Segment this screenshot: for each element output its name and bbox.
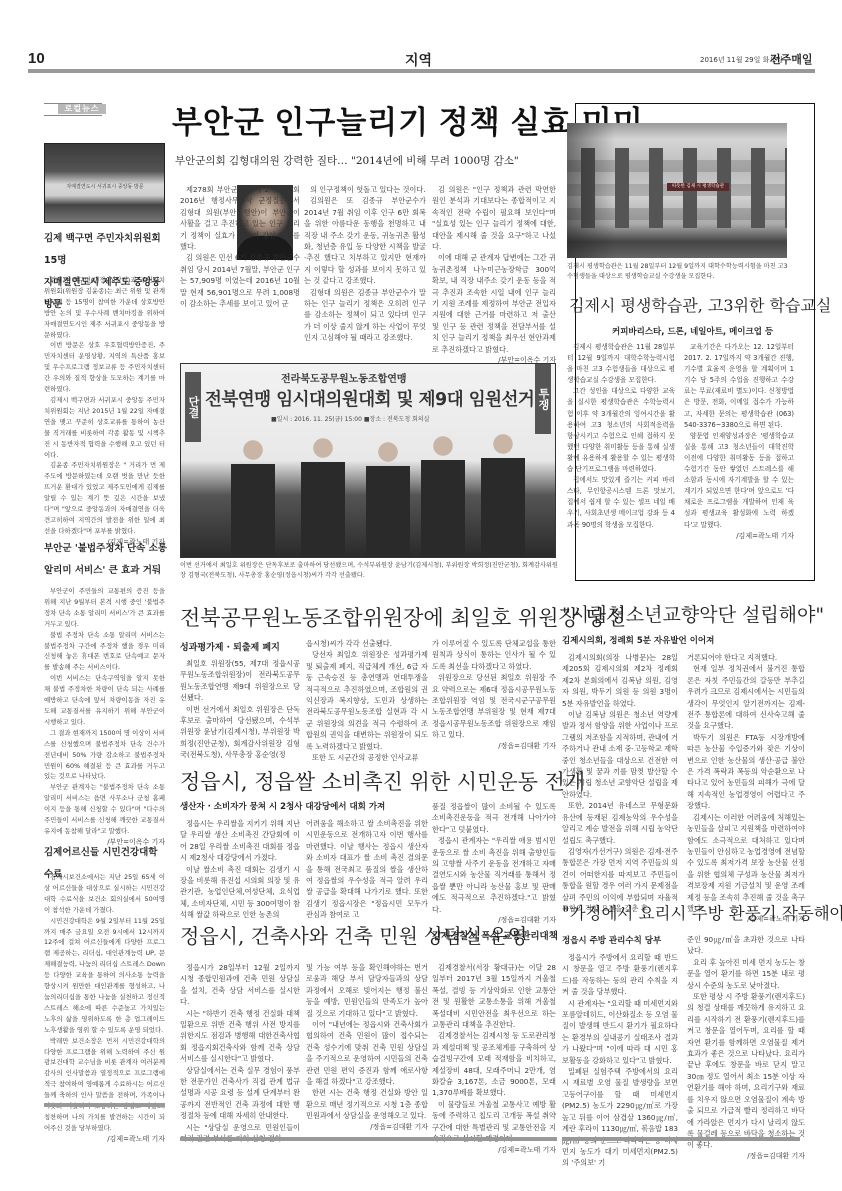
person-5 <box>481 430 525 555</box>
article-headline: 김제시 평생학습관, 고3위한 학습교실 <box>569 293 831 316</box>
byline: /정읍=김대환 기자 <box>306 1122 428 1133</box>
baekgu-visit-photo: 자매결연도시 서귀포시 중앙동 방문 <box>44 143 165 223</box>
article-body-col1: 정읍시는 우리쌀을 지키기 위해 지난달 우리쌀 생산 소비촉진 간담회에 이어… <box>180 818 300 921</box>
person-3 <box>366 438 410 558</box>
article-body-col2: 거론되어야 한다고 지적했다. 현재 일부 정치권에서 불거진 통합론은 자칫 … <box>687 652 805 926</box>
article-headline: 전북공무원노동조합위원장에 최일호 위원장 당선 <box>180 602 626 632</box>
main-subheadline: 부안군의회 김형대의원 강력한 질타… "2014년에 비해 무려 1000명 … <box>175 153 519 168</box>
article-body-col1: 정읍시가 28일부터 12월 2일까지 시청 종합민원과에 건축 민원 상담실을… <box>180 962 300 1145</box>
banner-in-photo: 자매결연도시 서귀포시 중앙동 방문 <box>53 184 157 191</box>
article-body-col2: 및 가능 여부 등을 확인해야하는 번거로움과 해당 부서 담당자들과의 상담 … <box>306 962 428 1133</box>
byline: /정읍=김대환 기자 <box>432 741 556 752</box>
article-headline: 부안군 '불법주정차 단속 소통 알리미 서비스' 큰 효과 거둬 <box>44 538 169 582</box>
banner-org-name: 전라북도공무원노동조합연맹 <box>281 370 407 385</box>
photo-caption: 이번 선거에서 최일호 위원장은 단독후보로 출마하여 당선됐으며, 수석부위원… <box>180 561 560 581</box>
banner-left-slogan: 단결 <box>185 372 201 442</box>
article-body: 김제경찰서(서장 황대규)는 이달 28일부터 2017년 3월 15일까지 겨… <box>432 962 556 1156</box>
learning-center-photo: 따뜻한 김제 시 평생학습관 <box>567 123 787 258</box>
article-body-col3: 품질 정읍쌀이 많이 소비될 수 있도록 소비촉진운동을 적극 전개해 나아가야… <box>432 801 556 926</box>
article-body: 부안군이 주민들의 교통편의 증진 등을 위해 지난 9월부터 본격 시행 중인… <box>44 586 165 848</box>
byline: /김제=곽노태 기자 <box>684 531 794 542</box>
article-body: 김제시 백구면(면장 성강식)과 주민자치위원회(위원장 김윤종)는 최근 위원… <box>44 275 165 548</box>
article-subheadline: 정읍시 주방 관리수칙 당부 <box>562 934 661 946</box>
center-bottom-rule <box>180 1137 557 1141</box>
left-bottom-rule <box>44 1103 165 1107</box>
article-body-col2: 읍시청)씨가 각각 선출됐다. 당선자 최일호 위원장은 성과평가제 및 퇴출제… <box>306 638 428 763</box>
article-body-col2: 교육기간은 다가오는 12. 12일부터 2017. 2. 17일까지 약 3개… <box>684 342 794 542</box>
article-body-col2: 의 인구정책이 헛돌고 있다는 것이다. 김의원은 또 김종규 부안군수가 20… <box>304 184 426 344</box>
article-headline: "가정에서 요리시 주방 환풍기 작동해야" <box>562 900 842 924</box>
person-1 <box>231 436 275 558</box>
building-sign: 따뜻한 김제 시 평생학습관 <box>667 183 729 191</box>
tree-shadow <box>567 123 615 258</box>
article-headline: 정읍시, 정읍쌀 소비촉진 위한 시민운동 전개 <box>180 766 585 796</box>
byline: /김제=곽노태 기자 <box>432 1145 556 1156</box>
article-subheadline: 커피바리스타, 드론, 네일아트, 메이크업 등 <box>612 325 773 337</box>
newspaper-brand: 전주매일 <box>770 51 813 67</box>
article-body-col3: 김 의원은 "인구 정책과 관련 막연한 원인 분석과 기대보다는 종합적이고 … <box>432 184 556 367</box>
badge-rule-bottom <box>44 115 102 116</box>
article-subheadline: 생산자 · 소비자가 뭉쳐 시 2청사 대강당에서 대회 가져 <box>180 800 385 812</box>
section-title: 지역 <box>405 50 432 70</box>
person-4 <box>421 432 465 557</box>
header-divider <box>28 69 815 73</box>
article-body-col3: 가 이루어질 수 있도록 단체교섭을 통한 원칙과 상식이 통하는 인사가 될 … <box>432 638 556 752</box>
article-body-col1: 최일호 위원장(55, 제7대 정읍시공무원노동조합위원장)이 전라북도공무원노… <box>180 658 300 761</box>
right-bottom-rule <box>562 1137 800 1141</box>
page-number: 10 <box>28 50 45 67</box>
local-news-badge: 로컬뉴스 <box>58 104 106 114</box>
article-subheadline: 성과평가제 · 퇴출제 폐지 <box>180 640 280 653</box>
union-election-photo: 단결 투쟁 전라북도공무원노동조합연맹 전북연맹 임시대의원대회 및 제9대 임… <box>180 363 556 558</box>
photo-caption: 김제시 평생학습관은 11월 28일부터 12월 9일까지 대학수학능력시험을 … <box>567 262 792 282</box>
article-body-col2: 어려움을 해소하고 쌀 소비촉진을 위한 시민운동으로 전개하고자 이번 행사를… <box>306 818 428 921</box>
person-2 <box>301 434 345 558</box>
article-headline: 김제경찰서 폭설 교통관리대책 <box>432 928 558 942</box>
article-body-col1: 제278회 부안군의회 제 2차 정례회 2016년 행정사무감사 군정질문에서… <box>180 184 300 309</box>
byline: /정읍=김대환 기자 <box>687 1151 805 1162</box>
banner-right-slogan: 투쟁 <box>535 364 551 434</box>
article-subheadline: 김제시의회, 정례회 5분 자유발언 이어져 <box>562 634 714 646</box>
article-body-col2: 준인 90㎍/㎥을 초과한 것으로 나타났다. 요리 후 높아진 미세 먼지 농… <box>687 934 805 1162</box>
article-headline: "시립청소년교향악단 설립해야" <box>562 600 824 627</box>
banner-title: 전북연맹 임시대의원대회 및 제9대 임원선거 <box>205 386 535 411</box>
byline: /김제=곽노태 기자 <box>44 1134 165 1145</box>
article-body-col1: 김제시의회(의장 나병문)는 28일 제205회 김제시의회 제2차 정례회 제… <box>562 652 678 914</box>
banner-info: ■일시 : 2016. 11. 25(금) 15:00 ■장소 : 전북도청 회… <box>271 414 429 423</box>
article-body-col1: 김제시 평생학습관은 11월 28일부터 12월 9일까지 대학수학능력시험을 … <box>567 342 675 531</box>
